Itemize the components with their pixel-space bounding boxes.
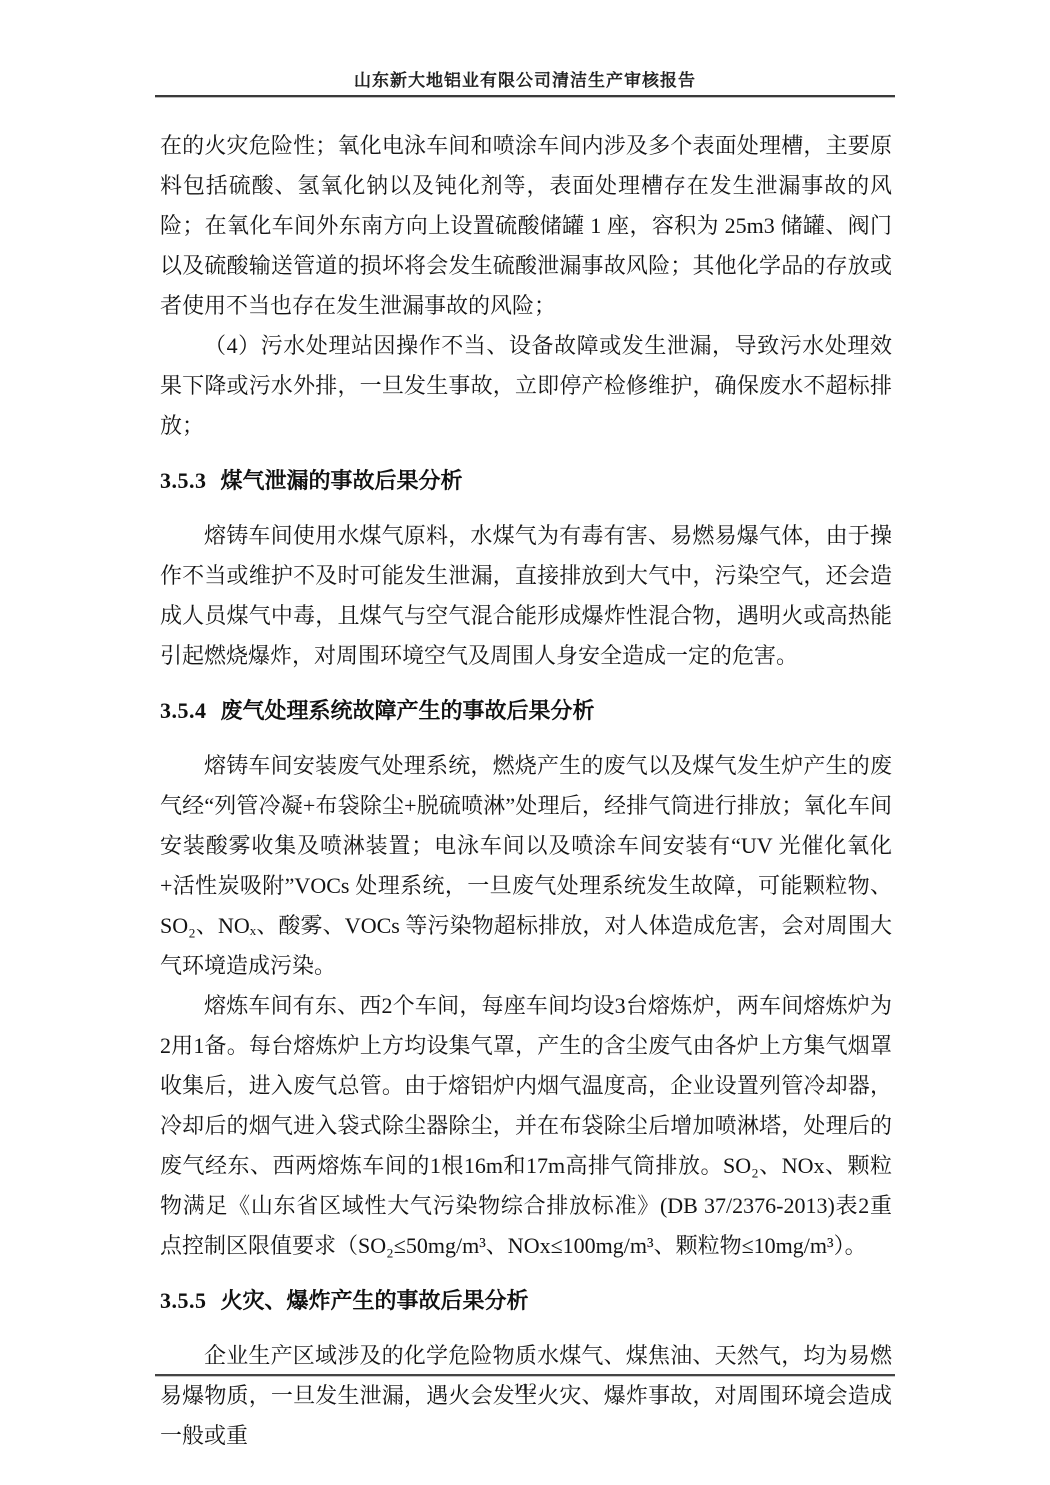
paragraph-waste-gas-system: 熔铸车间安装废气处理系统，燃烧产生的废气以及煤气发生炉产生的废气经“列管冷凝+布… <box>160 746 892 986</box>
document-body: 在的火灾危险性；氧化电泳车间和喷涂车间内涉及多个表面处理槽，主要原料包括硫酸、氢… <box>160 126 892 1456</box>
paragraph-continuation: 在的火灾危险性；氧化电泳车间和喷涂车间内涉及多个表面处理槽，主要原料包括硫酸、氢… <box>160 126 892 326</box>
page-number: 112 <box>0 1381 1050 1399</box>
header-rule <box>155 95 895 97</box>
section-title: 煤气泄漏的事故后果分析 <box>221 468 463 493</box>
section-heading-3-5-4: 3.5.4废气处理系统故障产生的事故后果分析 <box>160 691 892 731</box>
section-number: 3.5.4 <box>160 698 207 723</box>
section-title: 废气处理系统故障产生的事故后果分析 <box>221 698 595 723</box>
section-heading-3-5-3: 3.5.3煤气泄漏的事故后果分析 <box>160 461 892 501</box>
paragraph-gas-leak: 熔铸车间使用水煤气原料，水煤气为有毒有害、易燃易爆气体，由于操作不当或维护不及时… <box>160 516 892 676</box>
footer-rule <box>155 1374 895 1376</box>
section-heading-3-5-5: 3.5.5火灾、爆炸产生的事故后果分析 <box>160 1281 892 1321</box>
paragraph-item-4: （4）污水处理站因操作不当、设备故障或发生泄漏，导致污水处理效果下降或污水外排，… <box>160 326 892 446</box>
section-number: 3.5.3 <box>160 468 207 493</box>
section-number: 3.5.5 <box>160 1288 207 1313</box>
paragraph-smelting-workshop: 熔炼车间有东、西2个车间，每座车间均设3台熔炼炉，两车间熔炼炉为2用1备。每台熔… <box>160 986 892 1266</box>
document-page: 山东新大地铝业有限公司清洁生产审核报告 在的火灾危险性；氧化电泳车间和喷涂车间内… <box>0 0 1050 1485</box>
page-header-title: 山东新大地铝业有限公司清洁生产审核报告 <box>0 66 1050 91</box>
section-title: 火灾、爆炸产生的事故后果分析 <box>221 1288 529 1313</box>
